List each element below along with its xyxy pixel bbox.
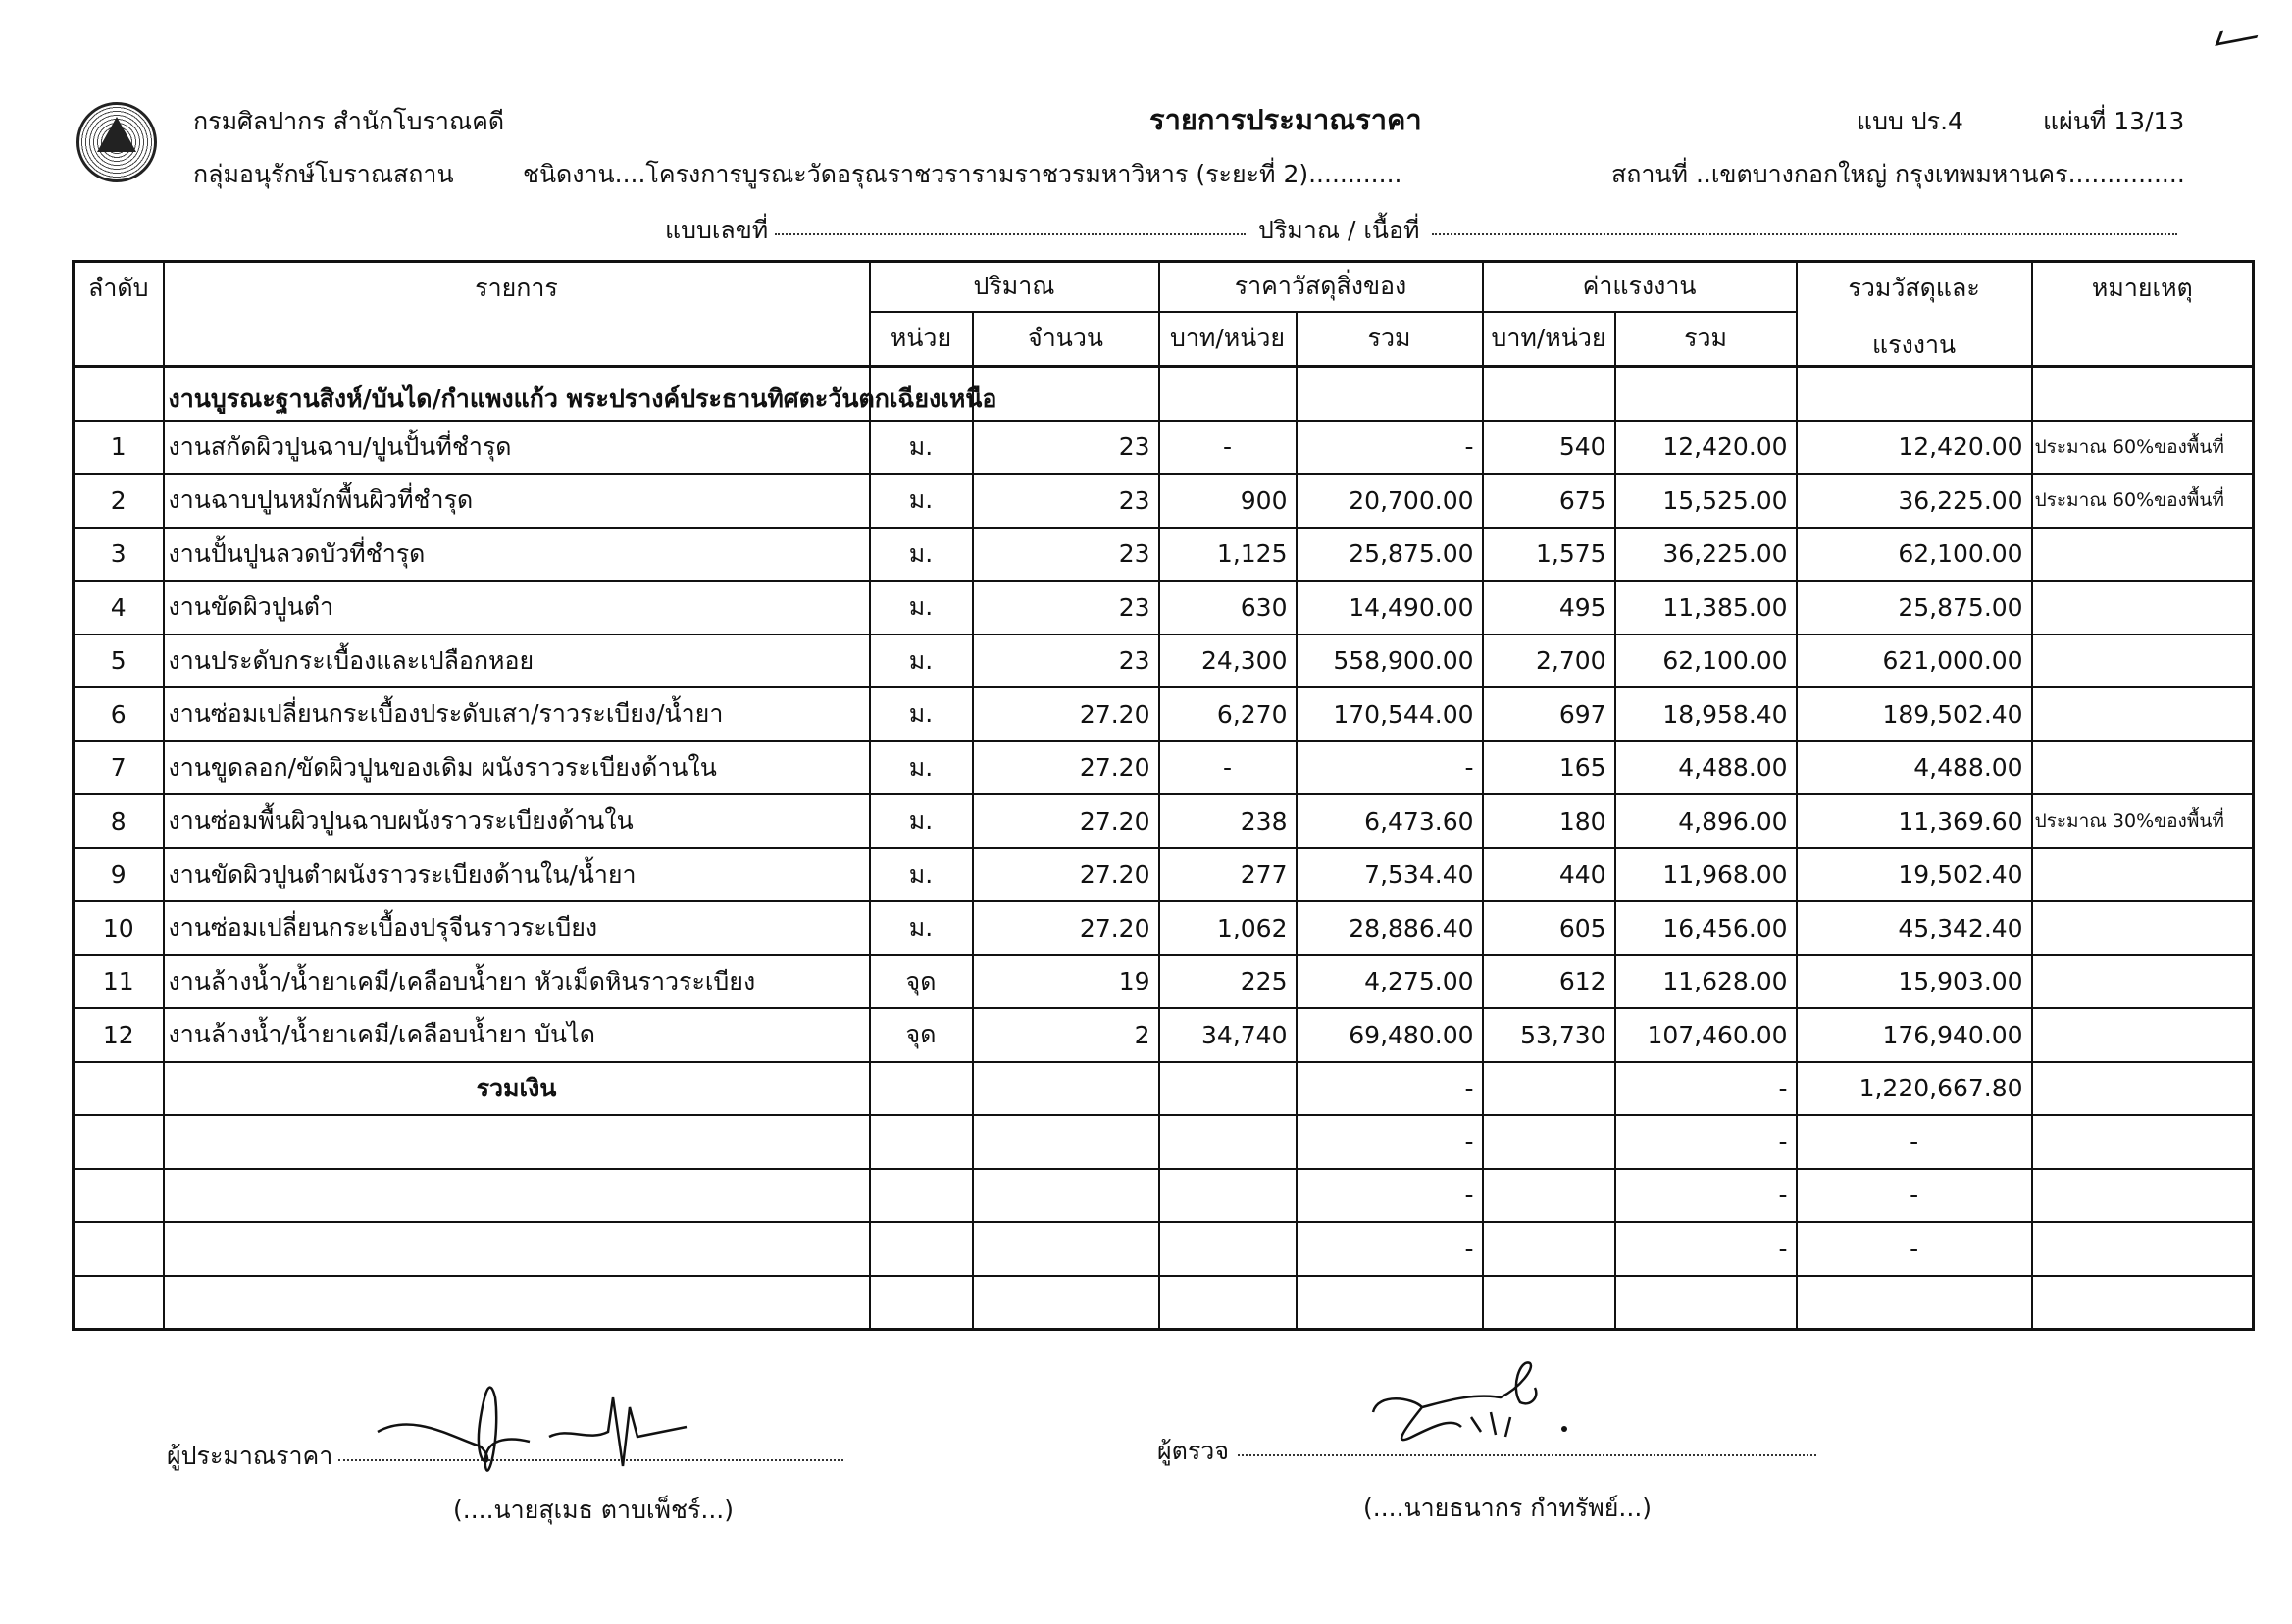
table-row: 4งานขัดผิวปูนตำม.2363014,490.0049511,385… bbox=[74, 581, 2254, 634]
header-total-line1: รวมวัสดุและ bbox=[1806, 269, 2023, 308]
material-sum: 6,473.60 bbox=[1297, 794, 1483, 848]
remark bbox=[2032, 741, 2254, 795]
row-total: 12,420.00 bbox=[1797, 421, 2032, 475]
material-per-unit: 34,740 bbox=[1159, 1008, 1297, 1062]
material-per-unit: 24,300 bbox=[1159, 634, 1297, 688]
inspector-label: ผู้ตรวจ bbox=[1157, 1432, 1229, 1471]
row-number: 10 bbox=[74, 901, 164, 955]
check-mark-icon bbox=[2215, 24, 2262, 46]
empty-cell bbox=[870, 1222, 973, 1276]
header-material: ราคาวัสดุสิ่งของ bbox=[1159, 262, 1483, 312]
material-sum: 170,544.00 bbox=[1297, 687, 1483, 741]
empty-cell bbox=[1159, 1062, 1297, 1116]
item-description: งานปั้นปูนลวดบัวที่ชำรุด bbox=[164, 528, 870, 582]
labor-sum bbox=[1615, 1276, 1797, 1330]
header-amount: จำนวน bbox=[973, 312, 1159, 367]
row-number: 2 bbox=[74, 474, 164, 528]
labor-per-unit: 605 bbox=[1483, 901, 1615, 955]
empty-cell bbox=[870, 1276, 973, 1330]
empty-cell bbox=[870, 1115, 973, 1169]
remark bbox=[2032, 955, 2254, 1009]
labor-per-unit: 165 bbox=[1483, 741, 1615, 795]
total-row: รวมเงิน--1,220,667.80 bbox=[74, 1062, 2254, 1116]
row-total: - bbox=[1797, 1222, 2032, 1276]
row-number: 7 bbox=[74, 741, 164, 795]
sheet-number: แผ่นที่ 13/13 bbox=[2043, 102, 2184, 141]
labor-sum: 11,385.00 bbox=[1615, 581, 1797, 634]
item-description: งานขูดลอก/ขัดผิวปูนของเดิม ผนังราวระเบีย… bbox=[164, 741, 870, 795]
labor-per-unit: 1,575 bbox=[1483, 528, 1615, 582]
empty-cell bbox=[973, 1222, 1159, 1276]
empty-cell bbox=[973, 1062, 1159, 1116]
material-per-unit: - bbox=[1159, 421, 1297, 475]
empty-cell bbox=[74, 1222, 164, 1276]
labor-per-unit: 697 bbox=[1483, 687, 1615, 741]
labor-sum: - bbox=[1615, 1222, 1797, 1276]
material-per-unit: 6,270 bbox=[1159, 687, 1297, 741]
material-grand-total: - bbox=[1297, 1062, 1483, 1116]
quantity: 23 bbox=[973, 474, 1159, 528]
labor-per-unit: 495 bbox=[1483, 581, 1615, 634]
unit: ม. bbox=[870, 794, 973, 848]
labor-sum: - bbox=[1615, 1115, 1797, 1169]
material-sum: 25,875.00 bbox=[1297, 528, 1483, 582]
estimator-signature bbox=[373, 1378, 696, 1486]
remark: ประมาณ 60%ของพื้นที่ bbox=[2032, 421, 2254, 475]
material-per-unit: 900 bbox=[1159, 474, 1297, 528]
table-row: 10งานซ่อมเปลี่ยนกระเบื้องปรุจีนราวระเบีย… bbox=[74, 901, 2254, 955]
section-row: งานบูรณะฐานสิงห์/บันได/กำแพงแก้ว พระปราง… bbox=[74, 367, 2254, 421]
plan-number-label: แบบเลขที่ bbox=[665, 211, 768, 250]
row-total: 36,225.00 bbox=[1797, 474, 2032, 528]
item-description: งานล้างน้ำ/น้ำยาเคมี/เคลือบน้ำยา บันได bbox=[164, 1008, 870, 1062]
row-number: 3 bbox=[74, 528, 164, 582]
form-code: แบบ ปร.4 bbox=[1857, 102, 1963, 141]
unit: จุด bbox=[870, 955, 973, 1009]
remark bbox=[2032, 634, 2254, 688]
quantity: 23 bbox=[973, 528, 1159, 582]
empty-cell bbox=[2032, 1062, 2254, 1116]
unit: จุด bbox=[870, 1008, 973, 1062]
row-total: 15,903.00 bbox=[1797, 955, 2032, 1009]
row-number: 12 bbox=[74, 1008, 164, 1062]
total-label: รวมเงิน bbox=[164, 1062, 870, 1116]
quantity: 23 bbox=[973, 581, 1159, 634]
material-per-unit: 630 bbox=[1159, 581, 1297, 634]
empty-cell bbox=[164, 1276, 870, 1330]
labor-sum: 36,225.00 bbox=[1615, 528, 1797, 582]
row-number: 5 bbox=[74, 634, 164, 688]
item-description: งานซ่อมเปลี่ยนกระเบื้องประดับเสา/ราวระเบ… bbox=[164, 687, 870, 741]
labor-per-unit: 53,730 bbox=[1483, 1008, 1615, 1062]
row-total: 176,940.00 bbox=[1797, 1008, 2032, 1062]
empty-cell bbox=[973, 1169, 1159, 1223]
labor-per-unit: 440 bbox=[1483, 848, 1615, 902]
item-description: งานซ่อมพื้นผิวปูนฉาบผนังราวระเบียงด้านใน bbox=[164, 794, 870, 848]
empty-cell bbox=[2032, 1276, 2254, 1330]
unit: ม. bbox=[870, 581, 973, 634]
row-total: 25,875.00 bbox=[1797, 581, 2032, 634]
page-title: รายการประมาณราคา bbox=[1149, 97, 1422, 142]
labor-per-unit: 180 bbox=[1483, 794, 1615, 848]
remark bbox=[2032, 687, 2254, 741]
blank-row: --- bbox=[74, 1222, 2254, 1276]
unit: ม. bbox=[870, 741, 973, 795]
row-total: - bbox=[1797, 1169, 2032, 1223]
empty-cell bbox=[1159, 1222, 1297, 1276]
item-description: งานซ่อมเปลี่ยนกระเบื้องปรุจีนราวระเบียง bbox=[164, 901, 870, 955]
remark bbox=[2032, 528, 2254, 582]
estimator-label: ผู้ประมาณราคา bbox=[167, 1437, 332, 1476]
empty-cell bbox=[74, 1115, 164, 1169]
location: สถานที่ ..เขตบางกอกใหญ่ กรุงเทพมหานคร...… bbox=[1611, 155, 2185, 194]
estimate-table: ลำดับ รายการ ปริมาณ ราคาวัสดุสิ่งของ ค่า… bbox=[72, 260, 2255, 1331]
empty-cell bbox=[2032, 1169, 2254, 1223]
material-per-unit: 225 bbox=[1159, 955, 1297, 1009]
empty-cell bbox=[973, 1276, 1159, 1330]
empty-cell bbox=[2032, 1115, 2254, 1169]
work-type: ชนิดงาน....โครงการบูรณะวัดอรุณราชวรารามร… bbox=[523, 155, 1401, 194]
labor-sum: 11,968.00 bbox=[1615, 848, 1797, 902]
row-total: 19,502.40 bbox=[1797, 848, 2032, 902]
header-no: ลำดับ bbox=[74, 262, 164, 367]
empty-cell bbox=[1483, 1115, 1615, 1169]
row-number: 6 bbox=[74, 687, 164, 741]
row-number: 8 bbox=[74, 794, 164, 848]
material-sum: 4,275.00 bbox=[1297, 955, 1483, 1009]
remark bbox=[2032, 901, 2254, 955]
labor-per-unit: 612 bbox=[1483, 955, 1615, 1009]
empty-cell bbox=[973, 1115, 1159, 1169]
unit: ม. bbox=[870, 848, 973, 902]
unit: ม. bbox=[870, 421, 973, 475]
empty-cell bbox=[1159, 1115, 1297, 1169]
remark bbox=[2032, 581, 2254, 634]
labor-sum: 4,896.00 bbox=[1615, 794, 1797, 848]
row-total: - bbox=[1797, 1115, 2032, 1169]
unit: ม. bbox=[870, 901, 973, 955]
remark: ประมาณ 60%ของพื้นที่ bbox=[2032, 474, 2254, 528]
item-description: งานฉาบปูนหมักพื้นผิวที่ชำรุด bbox=[164, 474, 870, 528]
material-sum: - bbox=[1297, 1169, 1483, 1223]
quantity: 23 bbox=[973, 421, 1159, 475]
empty-cell bbox=[74, 1169, 164, 1223]
material-sum: - bbox=[1297, 1115, 1483, 1169]
empty-cell bbox=[164, 1115, 870, 1169]
inspector-name: (....นายธนากร กำทรัพย์...) bbox=[1363, 1489, 1652, 1528]
item-description: งานประดับกระเบื้องและเปลือกหอย bbox=[164, 634, 870, 688]
material-per-unit: 277 bbox=[1159, 848, 1297, 902]
header-material-sum: รวม bbox=[1297, 312, 1483, 367]
item-description: งานขัดผิวปูนตำ bbox=[164, 581, 870, 634]
quantity-area-field bbox=[1432, 233, 2177, 235]
labor-grand-total: - bbox=[1615, 1062, 1797, 1116]
quantity: 19 bbox=[973, 955, 1159, 1009]
header-labor-sum: รวม bbox=[1615, 312, 1797, 367]
quantity: 23 bbox=[973, 634, 1159, 688]
empty-cell bbox=[164, 1222, 870, 1276]
row-total: 189,502.40 bbox=[1797, 687, 2032, 741]
quantity: 27.20 bbox=[973, 741, 1159, 795]
quantity-area-label: ปริมาณ / เนื้อที่ bbox=[1258, 211, 1419, 250]
empty-cell bbox=[870, 1169, 973, 1223]
labor-per-unit: 2,700 bbox=[1483, 634, 1615, 688]
table-row: 5งานประดับกระเบื้องและเปลือกหอยม.2324,30… bbox=[74, 634, 2254, 688]
material-sum: - bbox=[1297, 1222, 1483, 1276]
material-per-unit: 238 bbox=[1159, 794, 1297, 848]
material-sum: - bbox=[1297, 741, 1483, 795]
row-number: 9 bbox=[74, 848, 164, 902]
unit: ม. bbox=[870, 528, 973, 582]
unit: ม. bbox=[870, 474, 973, 528]
labor-sum: 12,420.00 bbox=[1615, 421, 1797, 475]
empty-cell bbox=[1159, 1276, 1297, 1330]
table-row: 1งานสกัดผิวปูนฉาบ/ปูนปั้นที่ชำรุดม.23--5… bbox=[74, 421, 2254, 475]
table-row: 12งานล้างน้ำ/น้ำยาเคมี/เคลือบน้ำยา บันได… bbox=[74, 1008, 2254, 1062]
unit: ม. bbox=[870, 687, 973, 741]
material-per-unit: - bbox=[1159, 741, 1297, 795]
table-row: 2งานฉาบปูนหมักพื้นผิวที่ชำรุดม.2390020,7… bbox=[74, 474, 2254, 528]
empty-cell bbox=[870, 1062, 973, 1116]
empty-cell bbox=[164, 1169, 870, 1223]
labor-sum: 11,628.00 bbox=[1615, 955, 1797, 1009]
empty-cell bbox=[1159, 1169, 1297, 1223]
blank-row: --- bbox=[74, 1169, 2254, 1223]
inspector-signature bbox=[1363, 1358, 1599, 1456]
material-sum: 28,886.40 bbox=[1297, 901, 1483, 955]
material-sum: 14,490.00 bbox=[1297, 581, 1483, 634]
department-emblem bbox=[76, 102, 157, 182]
blank-row bbox=[74, 1276, 2254, 1330]
empty-cell bbox=[1483, 1222, 1615, 1276]
empty-cell bbox=[1483, 1169, 1615, 1223]
item-description: งานล้างน้ำ/น้ำยาเคมี/เคลือบน้ำยา หัวเม็ด… bbox=[164, 955, 870, 1009]
material-sum: - bbox=[1297, 421, 1483, 475]
labor-sum: 4,488.00 bbox=[1615, 741, 1797, 795]
empty-cell bbox=[74, 1062, 164, 1116]
material-per-unit: 1,125 bbox=[1159, 528, 1297, 582]
row-number: 1 bbox=[74, 421, 164, 475]
header-total: รวมวัสดุและ แรงงาน bbox=[1797, 262, 2032, 367]
table-row: 6งานซ่อมเปลี่ยนกระเบื้องประดับเสา/ราวระเ… bbox=[74, 687, 2254, 741]
remark bbox=[2032, 848, 2254, 902]
row-total: 45,342.40 bbox=[1797, 901, 2032, 955]
org-line1: กรมศิลปากร สำนักโบราณคดี bbox=[193, 102, 504, 141]
row-total bbox=[1797, 1276, 2032, 1330]
empty-cell bbox=[2032, 1222, 2254, 1276]
empty-cell bbox=[74, 1276, 164, 1330]
row-number: 11 bbox=[74, 955, 164, 1009]
quantity: 27.20 bbox=[973, 901, 1159, 955]
material-sum bbox=[1297, 1276, 1483, 1330]
row-number: 4 bbox=[74, 581, 164, 634]
table-row: 7งานขูดลอก/ขัดผิวปูนของเดิม ผนังราวระเบี… bbox=[74, 741, 2254, 795]
header-labor-per-unit: บาท/หน่วย bbox=[1483, 312, 1615, 367]
item-description: งานขัดผิวปูนตำผนังราวระเบียงด้านใน/น้ำยา bbox=[164, 848, 870, 902]
quantity: 27.20 bbox=[973, 687, 1159, 741]
row-total: 11,369.60 bbox=[1797, 794, 2032, 848]
header-quantity: ปริมาณ bbox=[870, 262, 1159, 312]
labor-sum: - bbox=[1615, 1169, 1797, 1223]
estimator-name: (....นายสุเมธ ตาบเพ็ชร์...) bbox=[453, 1491, 734, 1530]
table-row: 3งานปั้นปูนลวดบัวที่ชำรุดม.231,12525,875… bbox=[74, 528, 2254, 582]
row-total: 621,000.00 bbox=[1797, 634, 2032, 688]
remark: ประมาณ 30%ของพื้นที่ bbox=[2032, 794, 2254, 848]
material-sum: 7,534.40 bbox=[1297, 848, 1483, 902]
table-row: 11งานล้างน้ำ/น้ำยาเคมี/เคลือบน้ำยา หัวเม… bbox=[74, 955, 2254, 1009]
header-item: รายการ bbox=[164, 262, 870, 367]
labor-sum: 107,460.00 bbox=[1615, 1008, 1797, 1062]
labor-per-unit: 675 bbox=[1483, 474, 1615, 528]
table-row: 8งานซ่อมพื้นผิวปูนฉาบผนังราวระเบียงด้านใ… bbox=[74, 794, 2254, 848]
material-sum: 20,700.00 bbox=[1297, 474, 1483, 528]
header-unit: หน่วย bbox=[870, 312, 973, 367]
empty-cell bbox=[1483, 1062, 1615, 1116]
material-sum: 69,480.00 bbox=[1297, 1008, 1483, 1062]
grand-total: 1,220,667.80 bbox=[1797, 1062, 2032, 1116]
plan-number-field bbox=[775, 233, 1246, 235]
labor-sum: 18,958.40 bbox=[1615, 687, 1797, 741]
section-title: งานบูรณะฐานสิงห์/บันได/กำแพงแก้ว พระปราง… bbox=[169, 380, 997, 419]
item-description: งานสกัดผิวปูนฉาบ/ปูนปั้นที่ชำรุด bbox=[164, 421, 870, 475]
labor-sum: 15,525.00 bbox=[1615, 474, 1797, 528]
labor-per-unit: 540 bbox=[1483, 421, 1615, 475]
row-total: 4,488.00 bbox=[1797, 741, 2032, 795]
header-total-line2: แรงงาน bbox=[1806, 326, 2023, 365]
blank-row: --- bbox=[74, 1115, 2254, 1169]
material-per-unit: 1,062 bbox=[1159, 901, 1297, 955]
header-material-per-unit: บาท/หน่วย bbox=[1159, 312, 1297, 367]
quantity: 27.20 bbox=[973, 848, 1159, 902]
labor-sum: 16,456.00 bbox=[1615, 901, 1797, 955]
quantity: 27.20 bbox=[973, 794, 1159, 848]
table-row: 9งานขัดผิวปูนตำผนังราวระเบียงด้านใน/น้ำย… bbox=[74, 848, 2254, 902]
labor-sum: 62,100.00 bbox=[1615, 634, 1797, 688]
header-remark: หมายเหตุ bbox=[2032, 262, 2254, 367]
material-sum: 558,900.00 bbox=[1297, 634, 1483, 688]
empty-cell bbox=[1483, 1276, 1615, 1330]
row-total: 62,100.00 bbox=[1797, 528, 2032, 582]
org-line2: กลุ่มอนุรักษ์โบราณสถาน bbox=[193, 155, 454, 194]
header-labor: ค่าแรงงาน bbox=[1483, 262, 1797, 312]
unit: ม. bbox=[870, 634, 973, 688]
quantity: 2 bbox=[973, 1008, 1159, 1062]
remark bbox=[2032, 1008, 2254, 1062]
